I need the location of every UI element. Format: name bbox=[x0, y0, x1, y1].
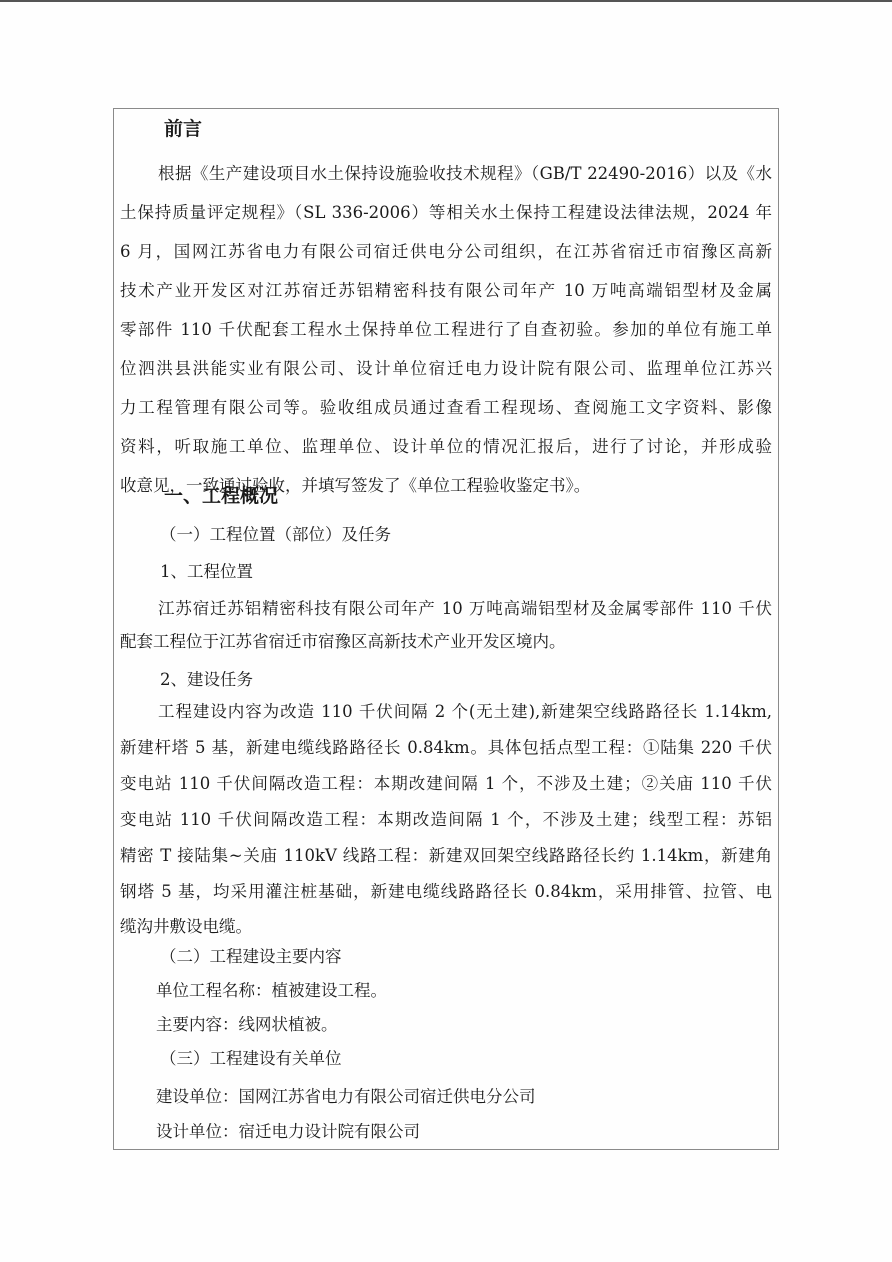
preface-line: 零部件 110 千伏配套工程水土保持单位工程进行了自查初验。参加的单位有施工单 bbox=[120, 315, 772, 345]
section-title-overview: 一、工程概况 bbox=[164, 481, 278, 511]
preface-line: 资料，听取施工单位、监理单位、设计单位的情况汇报后，进行了讨论，并形成验 bbox=[120, 432, 772, 462]
tasks-line: 新建杆塔 5 基，新建电缆线路路径长 0.84km。具体包括点型工程：①陆集 2… bbox=[120, 733, 772, 763]
item-title-location: 1、工程位置 bbox=[160, 557, 253, 587]
subsection-title-units: （三）工程建设有关单位 bbox=[160, 1044, 342, 1074]
preface-line: 位泗洪县洪能实业有限公司、设计单位宿迁电力设计院有限公司、监理单位江苏兴 bbox=[120, 354, 772, 384]
tasks-line: 变电站 110 千伏间隔改造工程：本期改造间隔 1 个，不涉及土建；线型工程：苏… bbox=[120, 805, 772, 835]
page-top-edge bbox=[0, 0, 892, 2]
preface-line: 6 月，国网江苏省电力有限公司宿迁供电分公司组织，在江苏省宿迁市宿豫区高新 bbox=[120, 237, 772, 267]
unit-project-name: 单位工程名称：植被建设工程。 bbox=[156, 976, 387, 1006]
tasks-line: 缆沟井敷设电缆。 bbox=[120, 912, 252, 942]
preface-line: 力工程管理有限公司等。验收组成员通过查看工程现场、查阅施工文字资料、影像 bbox=[120, 393, 772, 423]
subsection-title-content: （二）工程建设主要内容 bbox=[160, 942, 342, 972]
tasks-line: 精密 T 接陆集~关庙 110kV 线路工程：新建双回架空线路路径长约 1.14… bbox=[120, 841, 772, 871]
subsection-title-location: （一）工程位置（部位）及任务 bbox=[160, 520, 391, 550]
tasks-line: 工程建设内容为改造 110 千伏间隔 2 个(无土建),新建架空线路路径长 1.… bbox=[120, 697, 772, 727]
tasks-line: 变电站 110 千伏间隔改造工程：本期改建间隔 1 个，不涉及土建；②关庙 11… bbox=[120, 769, 772, 799]
preface-line: 技术产业开发区对江苏宿迁苏铝精密科技有限公司年产 10 万吨高端铝型材及金属 bbox=[120, 276, 772, 306]
item-title-tasks: 2、建设任务 bbox=[160, 665, 253, 695]
preface-line: 根据《生产建设项目水土保持设施验收技术规程》（GB/T 22490-2016）以… bbox=[120, 159, 772, 189]
preface-title: 前言 bbox=[164, 114, 202, 144]
preface-line: 土保持质量评定规程》（SL 336-2006）等相关水土保持工程建设法律法规，2… bbox=[120, 198, 772, 228]
location-line: 配套工程位于江苏省宿迁市宿豫区高新技术产业开发区境内。 bbox=[120, 627, 566, 657]
construction-unit: 建设单位：国网江苏省电力有限公司宿迁供电分公司 bbox=[156, 1082, 536, 1112]
design-unit: 设计单位：宿迁电力设计院有限公司 bbox=[156, 1117, 420, 1147]
location-line: 江苏宿迁苏铝精密科技有限公司年产 10 万吨高端铝型材及金属零部件 110 千伏 bbox=[120, 594, 772, 624]
main-content: 主要内容：线网状植被。 bbox=[156, 1010, 338, 1040]
tasks-line: 钢塔 5 基，均采用灌注桩基础，新建电缆线路路径长 0.84km，采用排管、拉管… bbox=[120, 877, 772, 907]
